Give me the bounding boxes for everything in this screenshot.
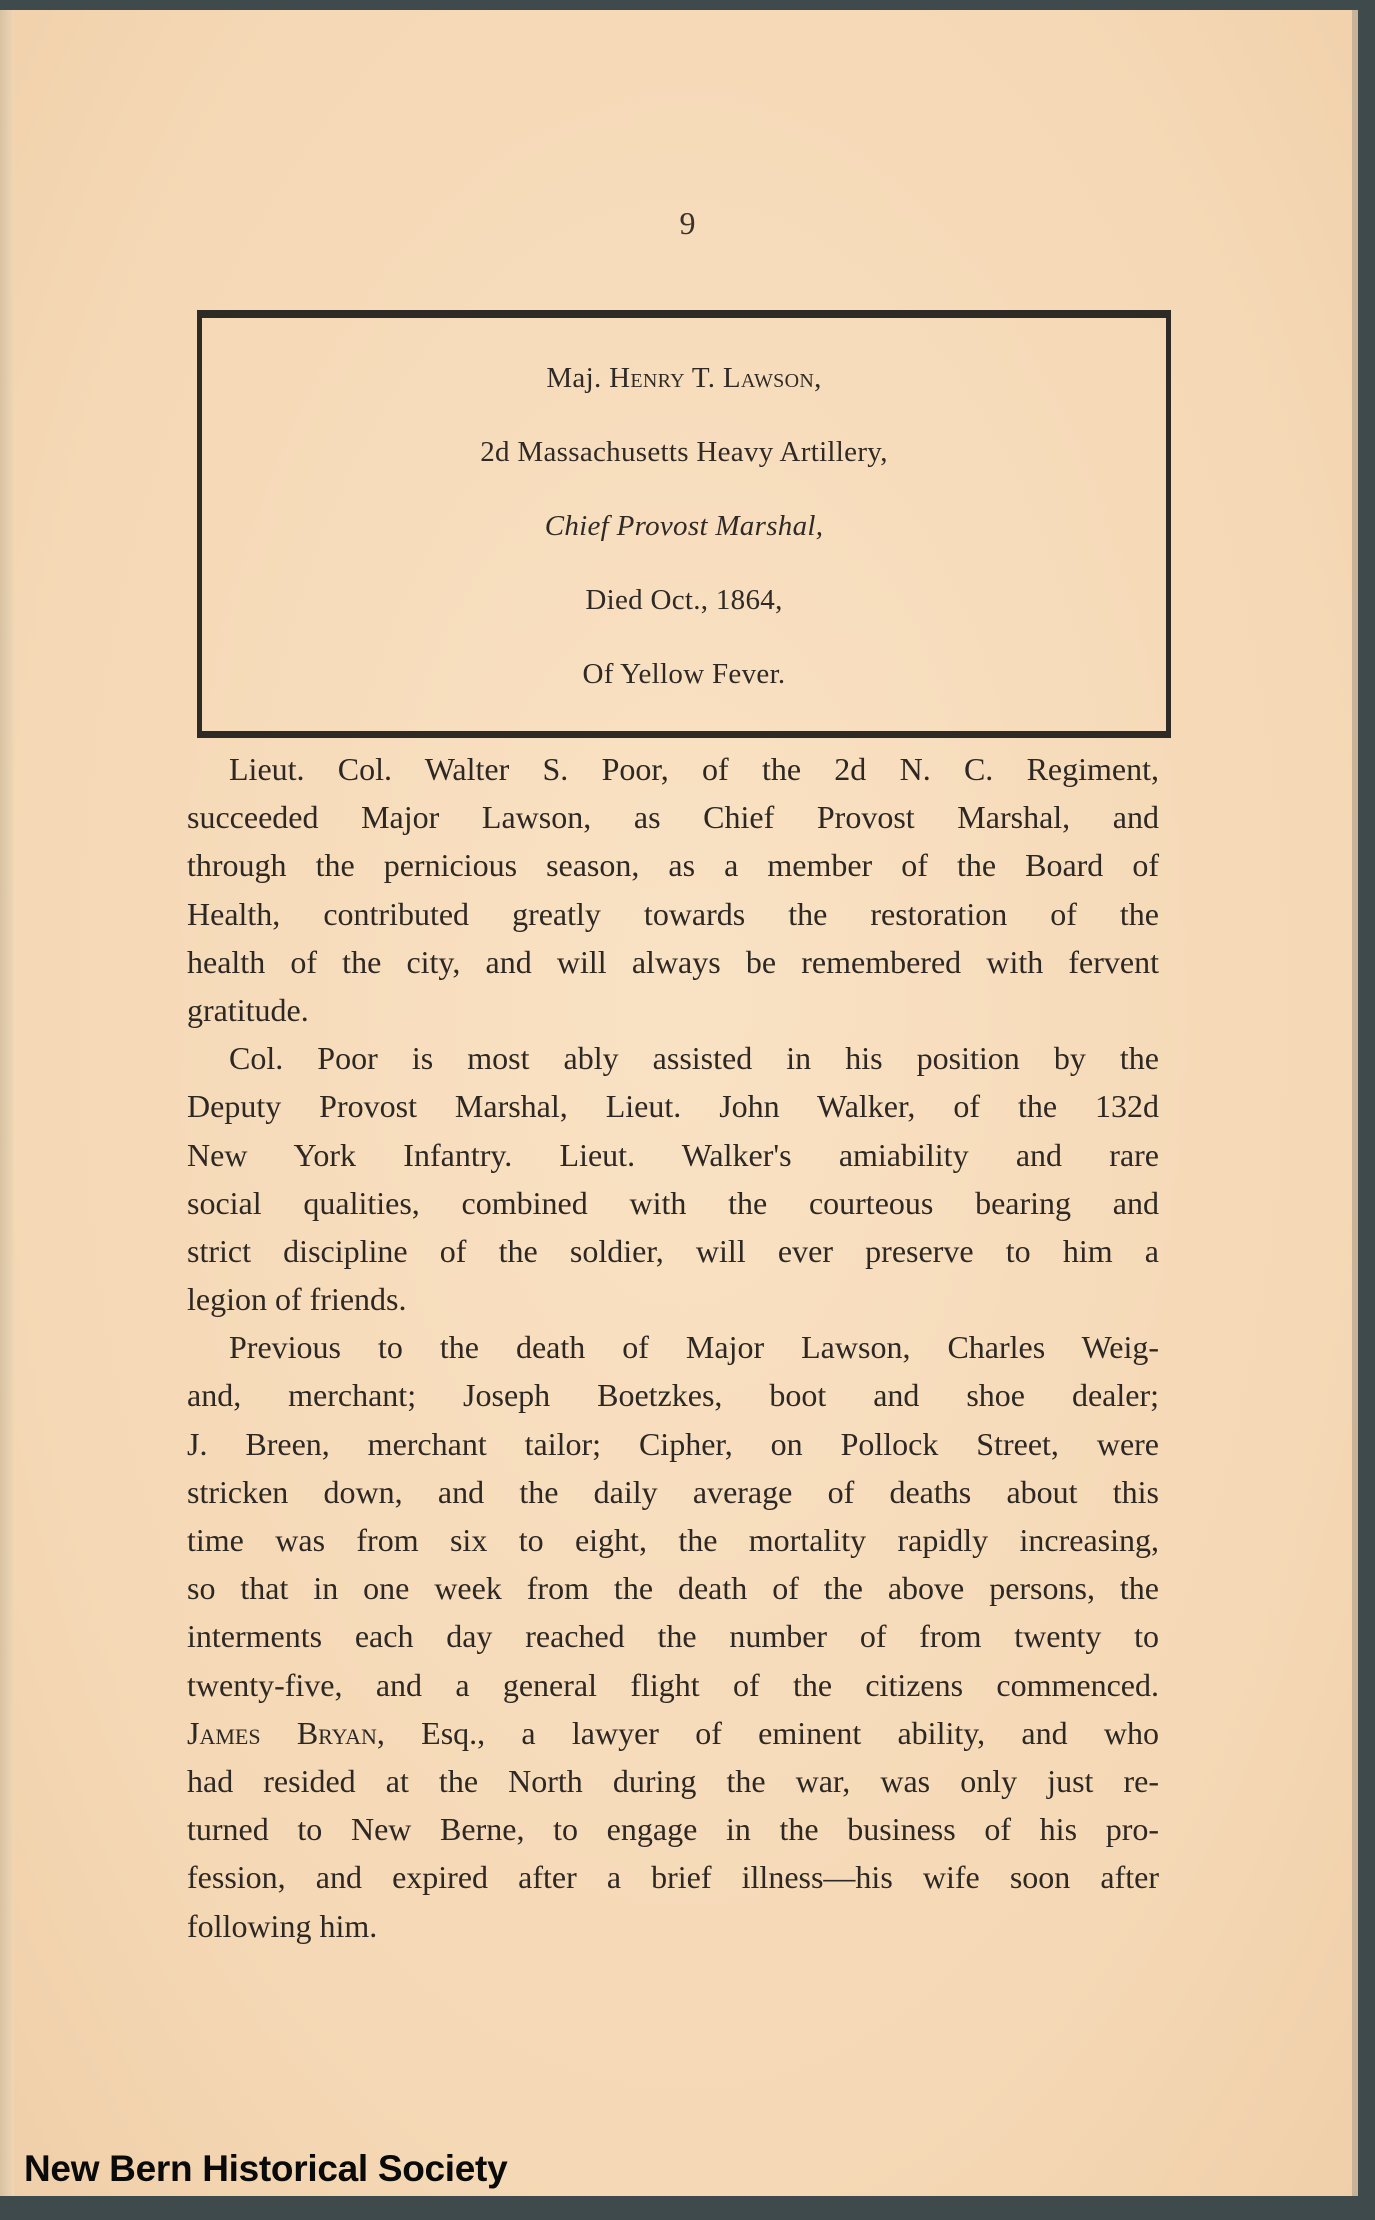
- box-top-rule: [197, 310, 1171, 318]
- memorial-title: Chief Provost Marshal,: [202, 510, 1166, 543]
- memorial-cause: Of Yellow Fever.: [202, 658, 1166, 691]
- memorial-unit: 2d Massachusetts Heavy Artillery,: [202, 436, 1166, 469]
- text-line: Col. Poor is most ably assisted in his p…: [187, 1034, 1159, 1082]
- text-line: stricken down, and the daily average of …: [187, 1468, 1159, 1516]
- box-bottom-rule: [197, 731, 1171, 738]
- page-number: 9: [0, 205, 1375, 242]
- text-line: fession, and expired after a brief illne…: [187, 1853, 1159, 1901]
- memorial-name: Maj. Henry T. Lawson,: [202, 362, 1166, 395]
- text-line: health of the city, and will always be r…: [187, 938, 1159, 986]
- text-line: and, merchant; Joseph Boetzkes, boot and…: [187, 1371, 1159, 1419]
- text-line: legion of friends.: [187, 1275, 1159, 1323]
- text-fragment: , Esq., a lawyer of eminent ability, and…: [377, 1715, 1159, 1751]
- memorial-box: Maj. Henry T. Lawson, 2d Massachusetts H…: [197, 310, 1171, 732]
- text-line: strict discipline of the soldier, will e…: [187, 1227, 1159, 1275]
- text-line: succeeded Major Lawson, as Chief Provost…: [187, 793, 1159, 841]
- text-line: Health, contributed greatly towards the …: [187, 890, 1159, 938]
- text-line: Previous to the death of Major Lawson, C…: [187, 1323, 1159, 1371]
- text-line: following him.: [187, 1902, 1159, 1950]
- text-line: J. Breen, merchant tailor; Cipher, on Po…: [187, 1420, 1159, 1468]
- watermark: New Bern Historical Society: [24, 2148, 507, 2190]
- paragraph-1: Lieut. Col. Walter S. Poor, of the 2d N.…: [187, 745, 1159, 1034]
- memorial-died: Died Oct., 1864,: [202, 584, 1166, 617]
- name-prefix: Maj.: [546, 362, 601, 394]
- name-smallcaps: Henry T. Lawson,: [609, 362, 822, 394]
- text-line: turned to New Berne, to engage in the bu…: [187, 1805, 1159, 1853]
- body-text: Lieut. Col. Walter S. Poor, of the 2d N.…: [187, 745, 1159, 1950]
- text-line: social qualities, combined with the cour…: [187, 1179, 1159, 1227]
- text-line: so that in one week from the death of th…: [187, 1564, 1159, 1612]
- text-line: time was from six to eight, the mortalit…: [187, 1516, 1159, 1564]
- text-line: gratitude.: [187, 986, 1159, 1034]
- book-cover-top: [0, 0, 1375, 10]
- text-line: New York Infantry. Lieut. Walker's amiab…: [187, 1131, 1159, 1179]
- book-cover-bottom: [0, 2196, 1375, 2220]
- paragraph-2: Col. Poor is most ably assisted in his p…: [187, 1034, 1159, 1323]
- text-line: had resided at the North during the war,…: [187, 1757, 1159, 1805]
- text-line: Lieut. Col. Walter S. Poor, of the 2d N.…: [187, 745, 1159, 793]
- text-line: interments each day reached the number o…: [187, 1612, 1159, 1660]
- page-gutter: [0, 10, 14, 2210]
- text-line-smallcaps: James Bryan, Esq., a lawyer of eminent a…: [187, 1709, 1159, 1757]
- text-line: through the pernicious season, as a memb…: [187, 841, 1159, 889]
- text-line: Deputy Provost Marshal, Lieut. John Walk…: [187, 1082, 1159, 1130]
- paragraph-3: Previous to the death of Major Lawson, C…: [187, 1323, 1159, 1949]
- text-line: twenty-five, and a general flight of the…: [187, 1661, 1159, 1709]
- person-name: James Bryan: [187, 1715, 377, 1751]
